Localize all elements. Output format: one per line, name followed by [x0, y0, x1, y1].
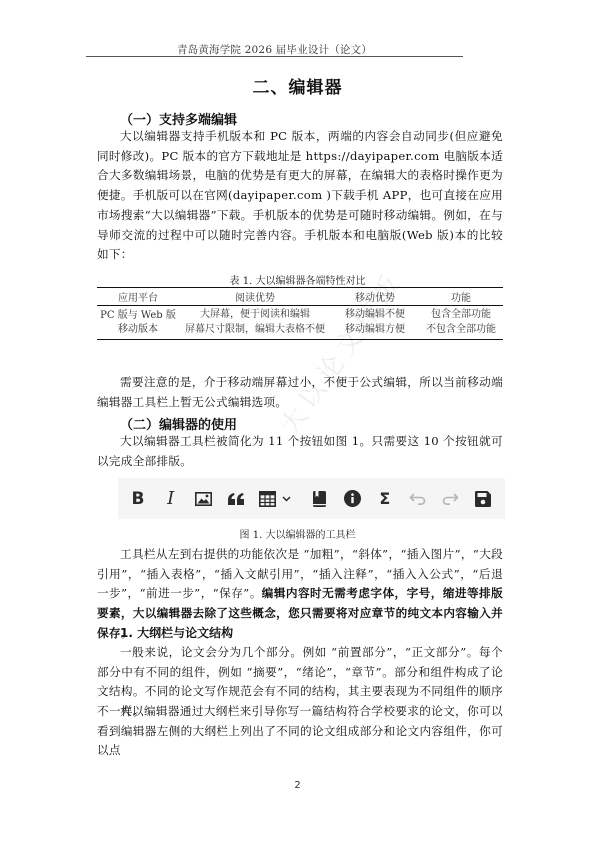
- chevron-down-icon[interactable]: [282, 496, 291, 502]
- redo-button[interactable]: [440, 489, 460, 509]
- table-cell: 移动编辑不便: [331, 306, 419, 324]
- header-divider: [86, 56, 463, 57]
- table-header-cell: 阅读优势: [179, 288, 331, 306]
- redo-icon: [442, 493, 459, 505]
- section-title-multi-platform: （一）支持多端编辑: [120, 109, 237, 128]
- table-cell: 不包含全部功能: [419, 323, 503, 340]
- table-cell: 包含全部功能: [419, 306, 503, 324]
- table-cell: 屏幕尺寸限制，编辑大表格不便: [179, 323, 331, 340]
- insert-formula-button[interactable]: Σ: [375, 489, 395, 509]
- editor-toolbar: B I Σ: [118, 478, 505, 519]
- table-cell: PC 版与 Web 版: [97, 306, 179, 324]
- paragraph-outline-guide: 大以编辑器通过大纲栏来引导你写一篇结构符合学校要求的论文，你可以看到编辑器左侧的…: [97, 702, 503, 761]
- quote-icon: [228, 493, 244, 505]
- comparison-table: 应用平台 阅读优势 移动优势 功能 PC 版与 Web 版 大屏幕，便于阅读和编…: [97, 287, 503, 340]
- paragraph-toolbar-intro: 大以编辑器工具栏被简化为 11 个按钮如图 1。只需要这 10 个按钮就可以完成…: [97, 432, 503, 471]
- table-cell: 移动编辑方便: [331, 323, 419, 340]
- table-caption: 表 1. 大以编辑器各端特性对比: [0, 272, 595, 287]
- table-cell: 移动版本: [97, 323, 179, 340]
- insert-citation-button[interactable]: [309, 489, 329, 509]
- page-header: 青岛黄海学院 2026 届毕业设计（论文）: [86, 42, 463, 57]
- undo-button[interactable]: [408, 489, 428, 509]
- italic-button[interactable]: I: [161, 489, 181, 509]
- insert-note-button[interactable]: [342, 489, 362, 509]
- italic-icon: I: [167, 488, 174, 509]
- undo-icon: [409, 493, 426, 505]
- page-number: 2: [0, 780, 595, 791]
- table-header-row: 应用平台 阅读优势 移动优势 功能: [97, 288, 503, 306]
- chapter-title: 二、编辑器: [0, 73, 595, 98]
- table-row: 移动版本 屏幕尺寸限制，编辑大表格不便 移动编辑方便 不包含全部功能: [97, 323, 503, 340]
- insert-image-button[interactable]: [193, 489, 213, 509]
- table-header-cell: 应用平台: [97, 288, 179, 306]
- table-header-cell: 移动优势: [331, 288, 419, 306]
- figure-caption: 图 1. 大以编辑器的工具栏: [0, 526, 595, 541]
- book-icon: [313, 491, 326, 507]
- section-title-editor-usage: （二）编辑器的使用: [120, 414, 237, 433]
- bold-icon: B: [132, 489, 145, 509]
- table-icon: [259, 491, 276, 507]
- paragraph-intro: 大以编辑器支持手机版本和 PC 版本，两端的内容会自动同步(但应避免同时修改)。…: [97, 127, 503, 265]
- paragraph-mobile-note: 需要注意的是，介于移动端屏幕过小，不便于公式编辑，所以当前移动端编辑器工具栏上暂…: [97, 373, 503, 412]
- save-icon: [475, 491, 491, 507]
- bold-button[interactable]: B: [128, 489, 148, 509]
- table-row: PC 版与 Web 版 大屏幕，便于阅读和编辑 移动编辑不便 包含全部功能: [97, 306, 503, 324]
- table-cell: 大屏幕，便于阅读和编辑: [179, 306, 331, 324]
- insert-table-button[interactable]: [259, 489, 297, 509]
- save-button[interactable]: [473, 489, 493, 509]
- sigma-icon: Σ: [379, 489, 390, 508]
- table-header-cell: 功能: [419, 288, 503, 306]
- blockquote-button[interactable]: [226, 489, 246, 509]
- image-icon: [195, 492, 212, 506]
- info-icon: [344, 490, 361, 507]
- subsection-title-outline: 1. 大纲栏与论文结构: [120, 624, 233, 641]
